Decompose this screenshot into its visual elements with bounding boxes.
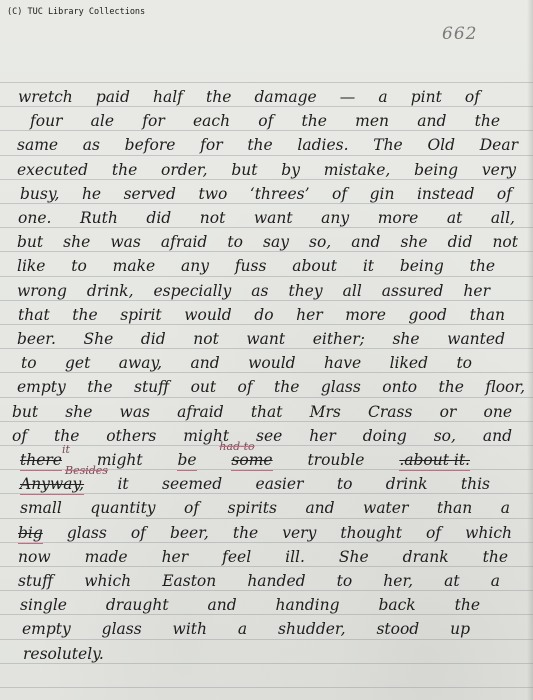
manuscript-word: same <box>17 136 58 154</box>
manuscript-word: glass <box>321 378 361 396</box>
manuscript-word: big <box>18 524 43 544</box>
manuscript-word: the <box>87 378 112 396</box>
manuscript-word: of <box>131 524 146 542</box>
manuscript-word: gin <box>370 185 395 203</box>
manuscript-line: emptyglasswithashudder,stoodup <box>0 620 533 644</box>
manuscript-line: oftheothersmightseeherdoingso,and <box>0 427 533 451</box>
manuscript-word: out <box>191 378 217 396</box>
manuscript-word: so, <box>434 427 456 445</box>
manuscript-word: Anyway, <box>20 475 84 495</box>
manuscript-word: more <box>378 209 419 227</box>
manuscript-word: her <box>296 306 323 324</box>
ruled-line <box>0 82 533 83</box>
manuscript-line: butshewasafraidtosayso,andshedidnot <box>0 233 533 257</box>
manuscript-word: was <box>110 233 140 251</box>
manuscript-word: ladies. <box>297 136 348 154</box>
manuscript-word: not <box>200 209 226 227</box>
manuscript-word: and <box>207 596 236 614</box>
manuscript-word: the <box>233 524 258 542</box>
archive-watermark: (C) TUC Library Collections <box>7 7 145 17</box>
manuscript-word: very <box>482 161 516 179</box>
manuscript-line: one.Ruthdidnotwantanymoreatall, <box>0 209 533 233</box>
manuscript-word: the <box>302 112 327 130</box>
manuscript-word: a <box>238 620 247 638</box>
manuscript-word: her, <box>383 572 413 590</box>
manuscript-word: all <box>343 282 362 300</box>
manuscript-word: ill. <box>285 548 305 566</box>
manuscript-word: easier <box>256 475 304 493</box>
manuscript-word: away, <box>119 354 162 372</box>
manuscript-word: be <box>177 451 196 471</box>
manuscript-word: either; <box>313 330 365 348</box>
manuscript-line: togetaway,andwouldhavelikedto <box>0 354 533 378</box>
manuscript-word: did <box>448 233 473 251</box>
manuscript-word: one. <box>18 209 51 227</box>
manuscript-word: four <box>30 112 62 130</box>
manuscript-word: wanted <box>447 330 505 348</box>
manuscript-word: the <box>439 378 464 396</box>
manuscript-word: get <box>65 354 90 372</box>
manuscript-word: instead <box>417 185 474 203</box>
manuscript-word: wrong <box>17 282 67 300</box>
manuscript-word: any <box>321 209 349 227</box>
manuscript-word: and <box>483 427 512 445</box>
manuscript-word: Mrs <box>310 403 341 421</box>
manuscript-word: wretch <box>18 88 73 106</box>
manuscript-word: beer. <box>17 330 56 348</box>
manuscript-word: to <box>337 475 353 493</box>
manuscript-word: a <box>491 572 500 590</box>
manuscript-word: seemed <box>162 475 222 493</box>
manuscript-word: drink <box>386 475 428 493</box>
manuscript-word: about <box>292 257 337 275</box>
manuscript-word: single <box>20 596 67 614</box>
manuscript-word: see <box>256 427 282 445</box>
manuscript-word: the <box>455 596 480 614</box>
manuscript-word: as <box>83 136 100 154</box>
manuscript-word: which <box>84 572 131 590</box>
manuscript-word: say <box>263 233 289 251</box>
manuscript-word: but <box>17 233 43 251</box>
manuscript-word: and <box>351 233 380 251</box>
manuscript-word: she <box>392 330 419 348</box>
manuscript-word: would <box>184 306 231 324</box>
manuscript-word: executed <box>17 161 88 179</box>
manuscript-line: busy,heservedtwo‘threes’ofgininsteadof <box>0 185 533 209</box>
manuscript-word: of <box>465 88 480 106</box>
manuscript-word: to <box>456 354 472 372</box>
manuscript-word: fuss <box>235 257 267 275</box>
manuscript-word: which <box>465 524 512 542</box>
manuscript-word: others <box>106 427 156 445</box>
manuscript-line: smallquantityofspiritsandwaterthana <box>0 499 533 523</box>
manuscript-word: drank <box>403 548 449 566</box>
inserted-correction: Besides <box>65 464 108 477</box>
manuscript-word: doing <box>363 427 407 445</box>
manuscript-word: there <box>20 451 62 471</box>
inserted-correction: it <box>62 443 70 456</box>
manuscript-word: her <box>463 282 490 300</box>
manuscript-word: at <box>447 209 462 227</box>
manuscript-word: some <box>231 451 272 471</box>
manuscript-word: mistake, <box>324 161 391 179</box>
manuscript-word: she <box>63 233 90 251</box>
manuscript-word: and <box>417 112 446 130</box>
manuscript-word: The <box>373 136 403 154</box>
manuscript-word: Easton <box>162 572 216 590</box>
manuscript-word: shudder, <box>278 620 346 638</box>
manuscript-line: emptythestuffoutoftheglassontothefloor, <box>0 378 533 402</box>
manuscript-word: that <box>251 403 283 421</box>
inserted-correction: had to <box>219 440 254 453</box>
manuscript-word: especially <box>154 282 232 300</box>
manuscript-word: a <box>501 499 510 517</box>
manuscript-word: assured <box>382 282 444 300</box>
manuscript-line: liketomakeanyfussaboutitbeingthe <box>0 257 533 281</box>
manuscript-word: ale <box>91 112 114 130</box>
manuscript-word: — <box>340 88 356 106</box>
manuscript-word: any <box>181 257 209 275</box>
manuscript-line: wretchpaidhalfthedamage—apintof <box>0 88 533 112</box>
manuscript-word: was <box>120 403 150 421</box>
manuscript-word: empty <box>22 620 71 638</box>
manuscript-word: She <box>339 548 369 566</box>
manuscript-word: very <box>282 524 316 542</box>
manuscript-page: (C) TUC Library Collections 662 wretchpa… <box>0 0 533 700</box>
manuscript-word: damage <box>254 88 316 106</box>
manuscript-word: Old <box>427 136 455 154</box>
manuscript-word: up <box>450 620 470 638</box>
manuscript-word: more <box>345 306 386 324</box>
manuscript-word: of <box>184 499 199 517</box>
manuscript-word: it <box>363 257 374 275</box>
page-number: 662 <box>442 24 477 44</box>
manuscript-word: this <box>461 475 490 493</box>
manuscript-word: before <box>125 136 176 154</box>
manuscript-line: executedtheorder,butbymistake,beingvery <box>0 161 533 185</box>
manuscript-word: a <box>378 88 387 106</box>
manuscript-word: all, <box>491 209 515 227</box>
manuscript-word: afraid <box>161 233 208 251</box>
manuscript-word: at <box>444 572 459 590</box>
manuscript-line: bigglassofbeer,theverythoughtofwhich <box>0 524 533 548</box>
manuscript-word: the <box>206 88 231 106</box>
manuscript-word: stuff <box>134 378 169 396</box>
manuscript-word: with <box>173 620 207 638</box>
manuscript-word: now <box>18 548 51 566</box>
manuscript-word: being <box>400 257 444 275</box>
manuscript-word: men <box>355 112 389 130</box>
manuscript-word: good <box>408 306 447 324</box>
manuscript-word: but <box>231 161 257 179</box>
manuscript-word: handing <box>276 596 340 614</box>
manuscript-word: handed <box>247 572 305 590</box>
manuscript-word: floor, <box>485 378 525 396</box>
manuscript-word: drink, <box>87 282 134 300</box>
manuscript-word: of <box>258 112 273 130</box>
manuscript-word: ‘threes’ <box>250 185 310 203</box>
manuscript-word: empty <box>17 378 66 396</box>
manuscript-word: trouble <box>307 451 364 469</box>
manuscript-word: to <box>21 354 37 372</box>
manuscript-word: made <box>85 548 128 566</box>
ruled-line <box>0 687 533 688</box>
manuscript-word: of <box>12 427 27 445</box>
manuscript-line: beer.Shedidnotwanteither;shewanted <box>0 330 533 354</box>
manuscript-word: to <box>71 257 87 275</box>
manuscript-word: the <box>72 306 97 324</box>
manuscript-word: busy, <box>20 185 59 203</box>
manuscript-line: Anyway,itseemedeasiertodrinkthisBesides <box>0 475 533 499</box>
manuscript-word: for <box>200 136 222 154</box>
manuscript-word: half <box>153 88 183 106</box>
manuscript-word: he <box>82 185 101 203</box>
manuscript-word: being <box>414 161 458 179</box>
manuscript-word: did <box>141 330 166 348</box>
manuscript-word: she <box>65 403 92 421</box>
manuscript-word: paid <box>96 88 130 106</box>
manuscript-line: singledraughtandhandingbackthe <box>0 596 533 620</box>
manuscript-word: small <box>20 499 62 517</box>
manuscript-word: but <box>12 403 38 421</box>
manuscript-word: as <box>251 282 268 300</box>
manuscript-word: back <box>378 596 415 614</box>
manuscript-word: so, <box>309 233 331 251</box>
manuscript-line: thatthespiritwoulddohermoregoodthan <box>0 306 533 330</box>
manuscript-word: water <box>363 499 408 517</box>
manuscript-word: afraid <box>177 403 224 421</box>
manuscript-word: glass <box>67 524 107 542</box>
manuscript-word: want <box>254 209 293 227</box>
manuscript-word: of <box>426 524 441 542</box>
manuscript-word: her <box>162 548 189 566</box>
manuscript-word: order, <box>161 161 207 179</box>
manuscript-line: resolutely. <box>0 645 533 669</box>
manuscript-word: of <box>332 185 347 203</box>
manuscript-word: and <box>191 354 220 372</box>
manuscript-word: to <box>227 233 243 251</box>
manuscript-word: they <box>288 282 322 300</box>
manuscript-word: served <box>124 185 176 203</box>
manuscript-word: thought <box>340 524 402 542</box>
manuscript-word: of <box>238 378 253 396</box>
manuscript-word: liked <box>390 354 428 372</box>
manuscript-word: resolutely. <box>23 645 104 663</box>
manuscript-line: sameasbeforefortheladies.TheOldDear <box>0 136 533 160</box>
manuscript-word: quantity <box>90 499 155 517</box>
manuscript-word: the <box>274 378 299 396</box>
manuscript-word: would <box>248 354 295 372</box>
manuscript-word: spirits <box>228 499 277 517</box>
manuscript-word: did <box>146 209 171 227</box>
manuscript-word: onto <box>382 378 417 396</box>
manuscript-word: she <box>400 233 427 251</box>
manuscript-word: Crass <box>368 403 412 421</box>
manuscript-word: have <box>324 354 361 372</box>
manuscript-word: want <box>246 330 285 348</box>
manuscript-word: do <box>254 306 273 324</box>
manuscript-line: butshewasafraidthatMrsCrassorone <box>0 403 533 427</box>
manuscript-word: than <box>437 499 472 517</box>
manuscript-word: the <box>112 161 137 179</box>
manuscript-word: or <box>440 403 457 421</box>
manuscript-word: to <box>337 572 353 590</box>
manuscript-word: the <box>470 257 495 275</box>
manuscript-word: by <box>281 161 300 179</box>
manuscript-word: draught <box>106 596 169 614</box>
manuscript-word: the <box>475 112 500 130</box>
manuscript-line: wrongdrink,especiallyastheyallassuredher <box>0 282 533 306</box>
manuscript-word: not <box>193 330 219 348</box>
manuscript-word: make <box>113 257 156 275</box>
manuscript-line: stuffwhichEastonhandedtoher,ata <box>0 572 533 596</box>
manuscript-word: stuff <box>18 572 53 590</box>
manuscript-word: the <box>483 548 508 566</box>
manuscript-word: that <box>18 306 50 324</box>
manuscript-word: spirit <box>120 306 161 324</box>
manuscript-word: not <box>492 233 518 251</box>
manuscript-word: .about it. <box>399 451 470 471</box>
manuscript-word: stood <box>376 620 419 638</box>
manuscript-word: She <box>83 330 113 348</box>
manuscript-word: pint <box>411 88 442 106</box>
manuscript-word: of <box>497 185 512 203</box>
manuscript-word: and <box>305 499 334 517</box>
manuscript-word: like <box>17 257 45 275</box>
manuscript-word: than <box>470 306 505 324</box>
manuscript-word: glass <box>102 620 142 638</box>
manuscript-word: each <box>193 112 230 130</box>
manuscript-word: her <box>309 427 336 445</box>
manuscript-word: feel <box>222 548 251 566</box>
manuscript-word: Ruth <box>80 209 118 227</box>
manuscript-word: two <box>198 185 227 203</box>
manuscript-word: one <box>484 403 513 421</box>
manuscript-word: beer, <box>170 524 209 542</box>
manuscript-word: it <box>117 475 128 493</box>
manuscript-word: Dear <box>480 136 518 154</box>
manuscript-line: fouraleforeachofthemenandthe <box>0 112 533 136</box>
manuscript-word: the <box>247 136 272 154</box>
manuscript-line: nowmadeherfeelill.Shedrankthe <box>0 548 533 572</box>
manuscript-word: for <box>142 112 164 130</box>
